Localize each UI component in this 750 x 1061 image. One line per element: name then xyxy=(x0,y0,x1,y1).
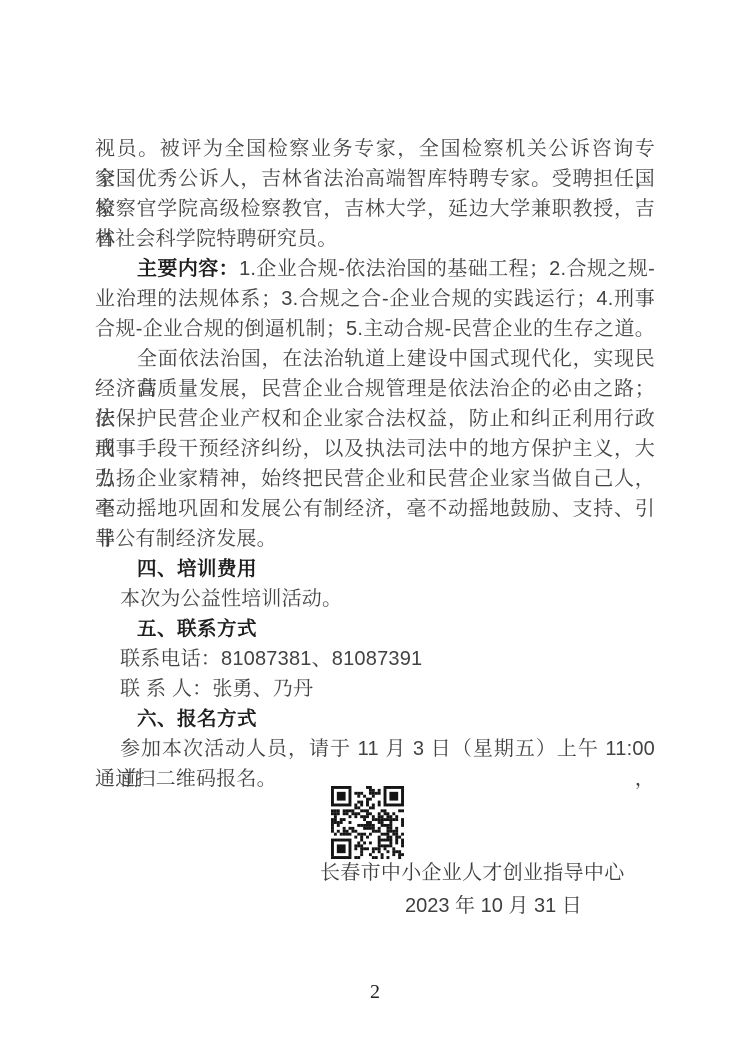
text-line: 检察官学院高级检察教官，吉林大学，延边大学兼职教授，吉林 xyxy=(95,194,655,224)
document-page: 视员。被评为全国检察业务专家，全国检察机关公诉咨询专家，全国优秀公诉人，吉林省法… xyxy=(0,0,750,1061)
bold-lead-text: 主要内容： xyxy=(137,258,239,280)
text-line: 本次为公益性培训活动。 xyxy=(95,584,655,614)
section-heading: 五、联系方式 xyxy=(95,614,655,644)
text-line: 主要内容：1.企业合规-依法治国的基础工程；2.合规之规- xyxy=(95,254,655,284)
registration-qr-code-image xyxy=(330,786,405,859)
text-line: 视员。被评为全国检察业务专家，全国检察机关公诉咨询专家， xyxy=(95,134,655,164)
text-line: 非公有制经济发展。 xyxy=(95,524,655,554)
text-line: 弘扬企业家精神，始终把民营企业和民营企业家当做自己人，毫 xyxy=(95,464,655,494)
text-line: 参加本次活动人员，请于 11 月 3 日（星期五）上午 11:00 前， xyxy=(95,734,655,764)
section-heading: 六、报名方式 xyxy=(95,704,655,734)
text-line: 联 系 人：张勇、乃丹 xyxy=(95,674,655,704)
text-line: 省社会科学院特聘研究员。 xyxy=(95,224,655,254)
page-number: 2 xyxy=(0,981,750,1004)
text-line: 合规-企业合规的倒逼机制；5.主动合规-民营企业的生存之道。 xyxy=(95,314,655,344)
text-line: 法保护民营企业产权和企业家合法权益，防止和纠正利用行政或 xyxy=(95,404,655,434)
section-heading: 四、培训费用 xyxy=(95,554,655,584)
text-line: 业治理的法规体系；3.合规之合-企业合规的实践运行；4.刑事 xyxy=(95,284,655,314)
signature-organization: 长春市中小企业人才创业指导中心 xyxy=(320,858,625,888)
text-line: 全面依法治国，在法治轨道上建设中国式现代化，实现民营 xyxy=(95,344,655,374)
text-line: 联系电话：81087381、81087391 xyxy=(95,644,655,674)
signature-date: 2023 年 10 月 31 日 xyxy=(405,891,582,921)
text-line: 不动摇地巩固和发展公有制经济，毫不动摇地鼓励、支持、引导 xyxy=(95,494,655,524)
text-line: 刑事手段干预经济纠纷，以及执法司法中的地方保护主义，大力 xyxy=(95,434,655,464)
document-text-block: 视员。被评为全国检察业务专家，全国检察机关公诉咨询专家，全国优秀公诉人，吉林省法… xyxy=(95,134,655,794)
text-line: 经济高质量发展，民营企业合规管理是依法治企的必由之路；依 xyxy=(95,374,655,404)
text-line: 全国优秀公诉人，吉林省法治高端智库特聘专家。受聘担任国家 xyxy=(95,164,655,194)
